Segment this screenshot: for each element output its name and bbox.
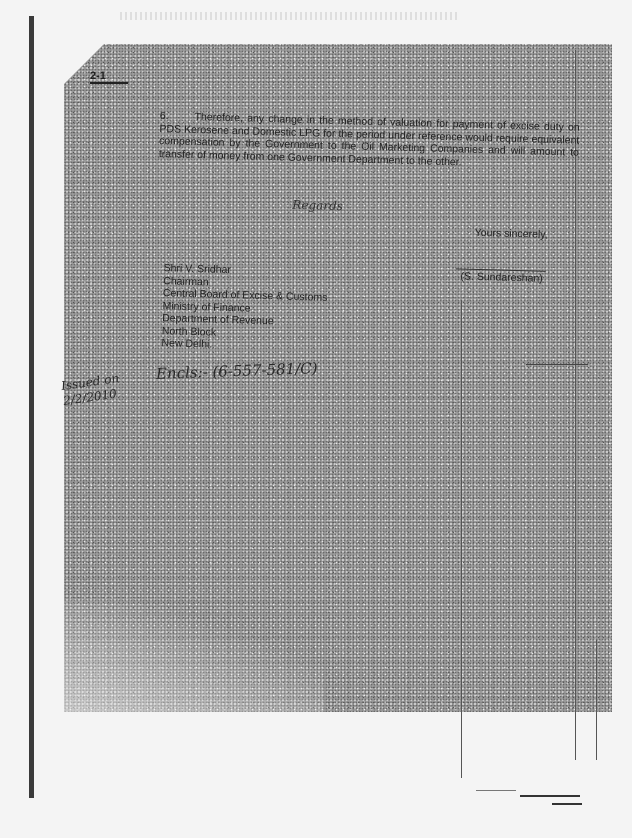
pen-stroke — [526, 364, 588, 365]
page-mark: 2-1 — [90, 70, 128, 84]
closing: Yours sincerely, — [475, 227, 548, 242]
paragraph-number: 6. — [160, 110, 169, 122]
scan-fade — [64, 600, 324, 712]
scan-smudge — [120, 12, 460, 20]
paragraph-text: Therefore, any change in the method of v… — [159, 111, 580, 168]
scan-mark — [520, 795, 580, 797]
scan-mark — [476, 790, 516, 791]
handwritten-regards: Regards — [292, 199, 343, 213]
fold-line — [461, 300, 462, 778]
signatory-name: (S. Sundareshan) — [460, 270, 543, 285]
scan-mark — [552, 803, 582, 805]
addressee-block: Shri V. Sridhar Chairman Central Board o… — [161, 262, 328, 354]
fold-line — [596, 640, 597, 760]
scan-edge-bar — [29, 16, 34, 798]
